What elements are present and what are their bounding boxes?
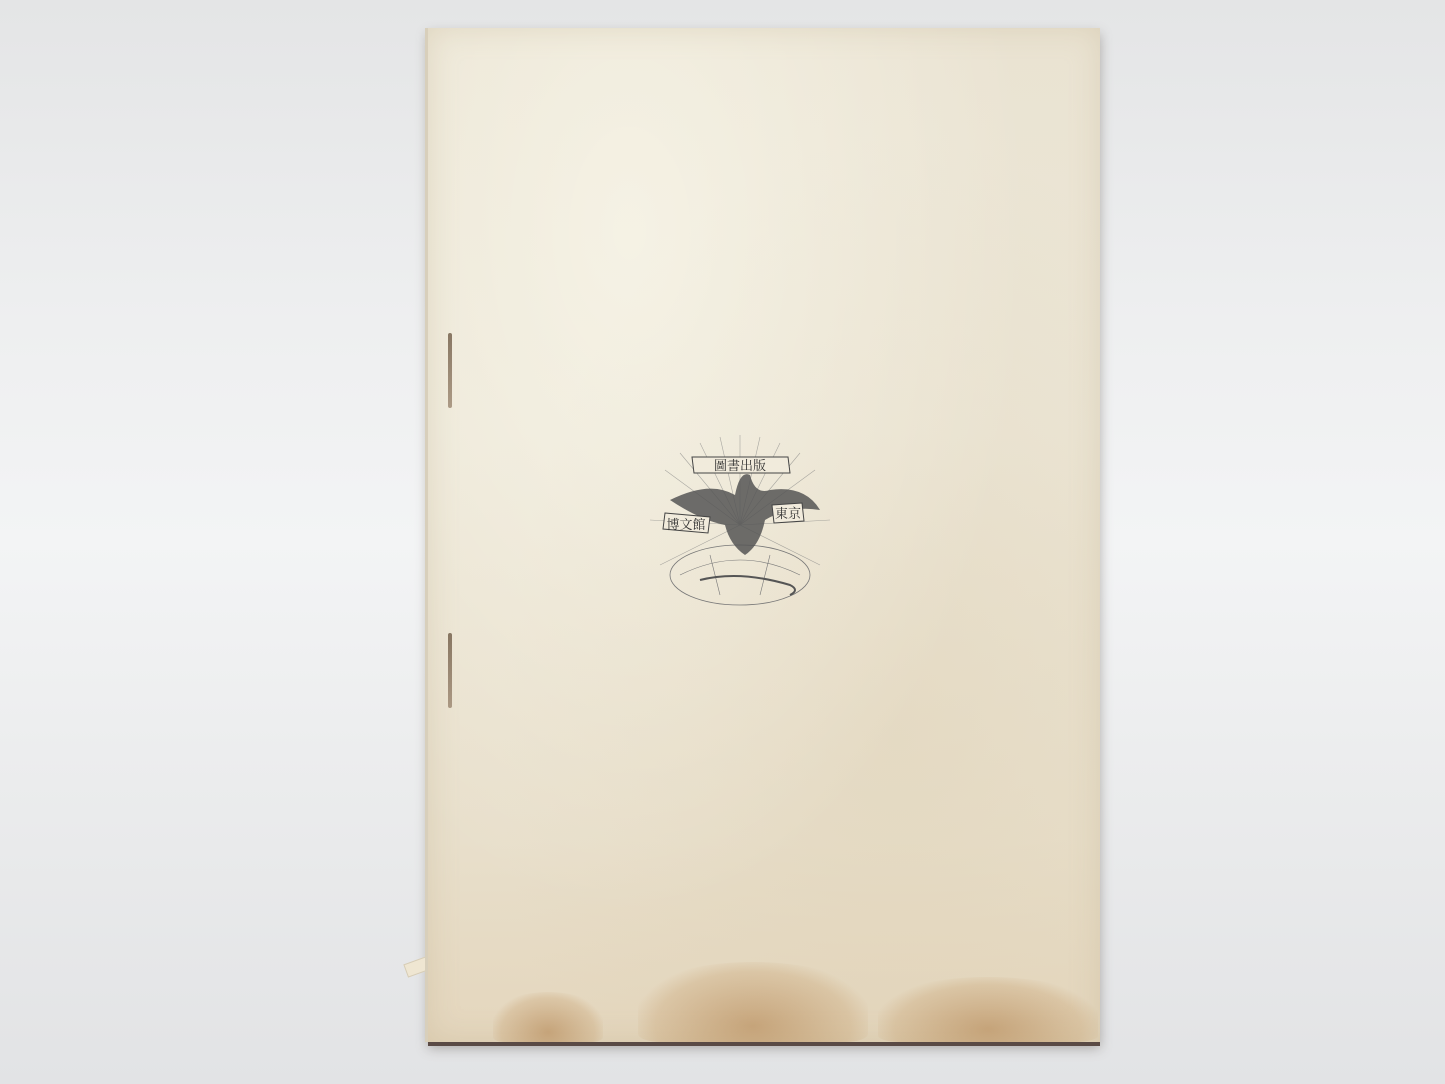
eagle-globe-icon: 圖書出版 東京 博文館 [640,425,840,610]
binding-stitch [448,633,452,708]
emblem-right-text: 東京 [775,506,801,522]
binding-stitch [448,333,452,408]
book-bottom-edge [428,1042,1100,1046]
water-stain [638,962,868,1042]
emblem-left-text: 博文館 [666,517,705,533]
emblem-top-text: 圖書出版 [714,458,766,474]
water-stain [493,992,603,1042]
publisher-emblem: 圖書出版 東京 博文館 [640,425,840,610]
water-stain [878,977,1098,1042]
